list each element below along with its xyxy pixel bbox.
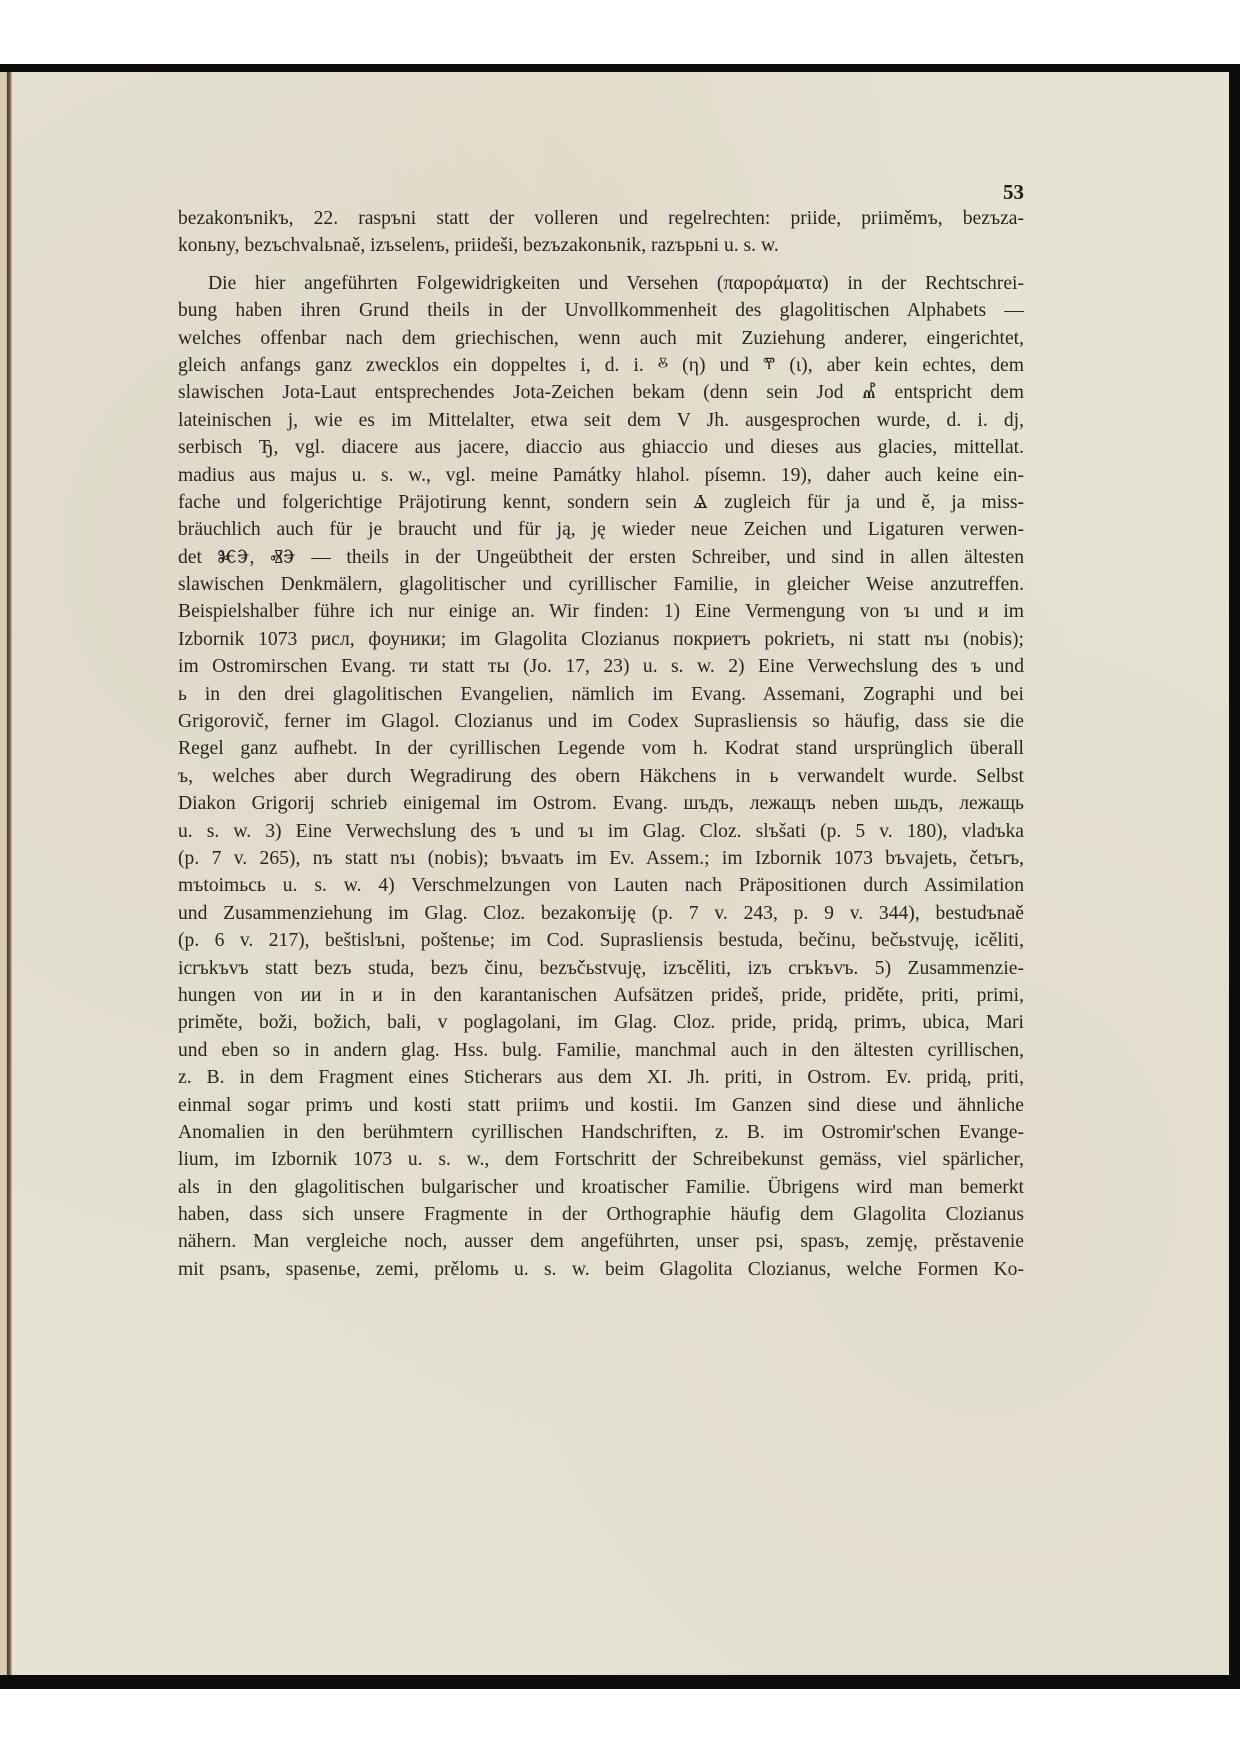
text-line: icrъkъvъ statt bezъ studa, bezъ činu, be… xyxy=(178,955,1024,982)
text-line: Grigorovič, ferner im Glagol. Clozianus … xyxy=(178,708,1024,735)
book-spine xyxy=(0,72,12,1675)
text-line: Izbornik 1073 рисл, фоуники; im Glagolit… xyxy=(178,626,1024,653)
text-line: bräuchlich auch für je braucht und für j… xyxy=(178,516,1024,543)
text-line: mъtoimьсь u. s. w. 4) Verschmelzungen vo… xyxy=(178,872,1024,899)
text-line: u. s. w. 3) Eine Verwechslung des ъ und … xyxy=(178,818,1024,845)
text-line: und Zusammenziehung im Glag. Cloz. bezak… xyxy=(178,900,1024,927)
text-line: (p. 6 v. 217), beštislъni, poštenьe; im … xyxy=(178,927,1024,954)
text-line: hungen von ии in и in den karantanischen… xyxy=(178,982,1024,1009)
text-line: und eben so in andern glag. Hss. bulg. F… xyxy=(178,1037,1024,1064)
paragraph-2: Die hier angeführten Folgewidrigkeiten u… xyxy=(178,270,1024,1283)
text-line: welches offenbar nach dem griechischen, … xyxy=(178,325,1024,352)
text-line: im Ostromirschen Evang. ти statt ты (Jo.… xyxy=(178,653,1024,680)
text-line: lium, im Izbornik 1073 u. s. w., dem For… xyxy=(178,1146,1024,1173)
text-line: Diakon Grigorij schrieb einigemal im Ost… xyxy=(178,790,1024,817)
text-line: slawischen Jota-Laut entsprechendes Jota… xyxy=(178,379,1024,406)
text-line: det ⰨⰅ, ⰟⰅ — theils in der Ungeübtheit d… xyxy=(178,544,1024,571)
text-line: lateinischen j, wie es im Mittelalter, e… xyxy=(178,407,1024,434)
text-line: fache und folgerichtige Präjotirung kenn… xyxy=(178,489,1024,516)
text-line: einmal sogar primъ und kosti statt priim… xyxy=(178,1092,1024,1119)
text-line: ъ, welches aber durch Wegradirung des ob… xyxy=(178,763,1024,790)
text-line: gleich anfangs ganz zwecklos ein doppelt… xyxy=(178,352,1024,379)
text-line: priměte, boži, božich, bali, v poglagola… xyxy=(178,1009,1024,1036)
text-line: serbisch Ђ, vgl. diacere aus jacere, dia… xyxy=(178,434,1024,461)
text-line: mit psanъ, spasenьe, zemi, prělomь u. s.… xyxy=(178,1256,1024,1283)
text-line: Anomalien in den berühmtern cyrillischen… xyxy=(178,1119,1024,1146)
text-line: z. B. in dem Fragment eines Sticherars a… xyxy=(178,1064,1024,1091)
text-line: Die hier angeführten Folgewidrigkeiten u… xyxy=(178,270,1024,297)
text-line: bung haben ihren Grund theils in der Unv… xyxy=(178,297,1024,324)
text-line: bezakonъnikъ, 22. raspъni statt der voll… xyxy=(178,205,1024,232)
paragraph-1: bezakonъnikъ, 22. raspъni statt der voll… xyxy=(178,205,1024,260)
page-number: 53 xyxy=(1003,180,1024,205)
text-line: madius aus majus u. s. w., vgl. meine Pa… xyxy=(178,462,1024,489)
text-line: konьny, bezъchvalьnaě, izъselenъ, priide… xyxy=(178,232,1024,259)
text-line: ь in den drei glagolitischen Evangelien,… xyxy=(178,681,1024,708)
text-line: haben, dass sich unsere Fragmente in der… xyxy=(178,1201,1024,1228)
text-line: Regel ganz aufhebt. In der cyrillischen … xyxy=(178,735,1024,762)
body-text: bezakonъnikъ, 22. raspъni statt der voll… xyxy=(178,205,1024,1283)
text-line: als in den glagolitischen bulgarischer u… xyxy=(178,1174,1024,1201)
text-line: Beispielshalber führe ich nur einige an.… xyxy=(178,598,1024,625)
text-line: slawischen Denkmälern, glagolitischer un… xyxy=(178,571,1024,598)
text-line: nähern. Man vergleiche noch, ausser dem … xyxy=(178,1228,1024,1255)
text-line: (p. 7 v. 265), nъ statt nъı (nobis); bъv… xyxy=(178,845,1024,872)
